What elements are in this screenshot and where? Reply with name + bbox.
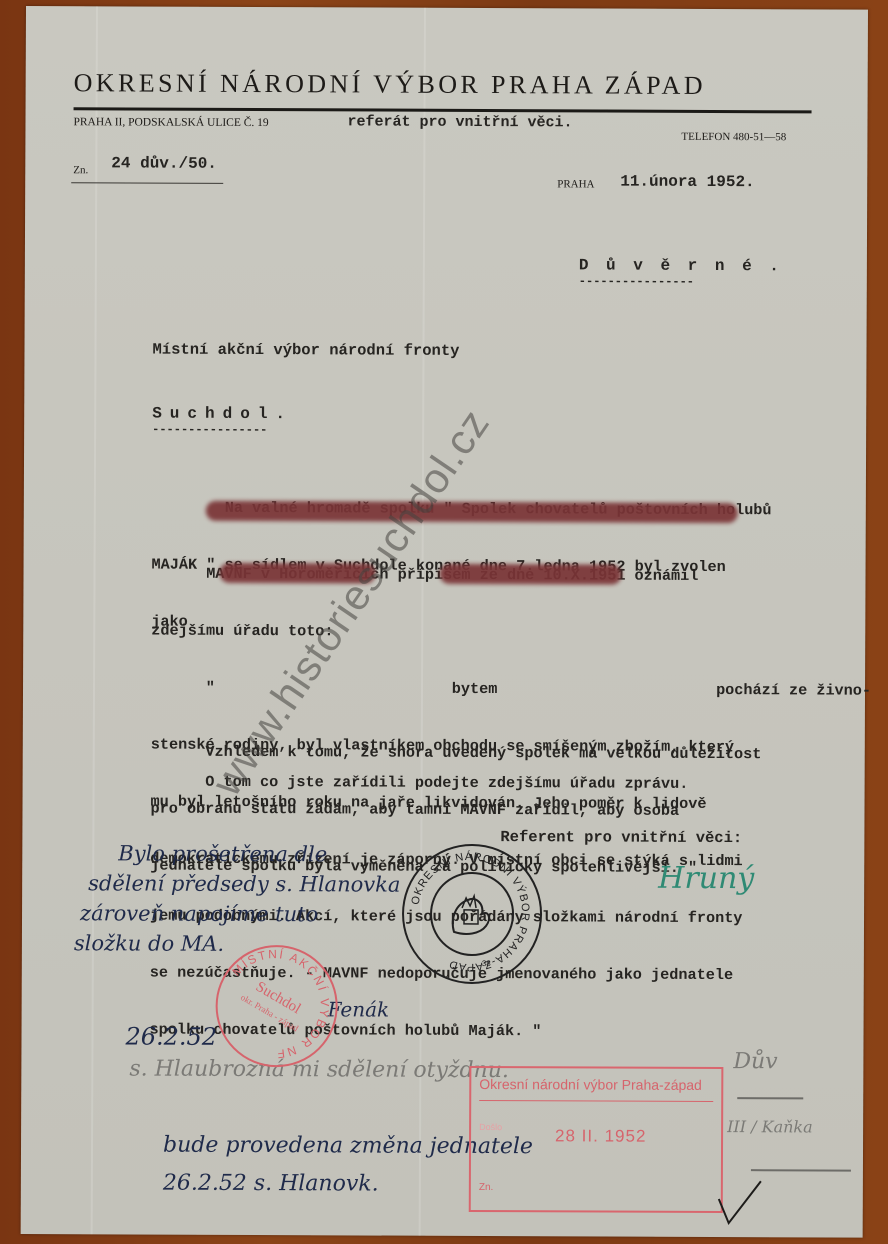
body-line: zdejšímu úřadu toto: xyxy=(151,622,871,644)
pencil-underline xyxy=(751,1169,851,1171)
document-page: OKRESNÍ NÁRODNÍ VÝBOR PRAHA ZÁPAD PRAHA … xyxy=(21,6,868,1238)
pencil-initials: Dův xyxy=(733,1049,777,1074)
redaction-bar xyxy=(439,564,621,585)
handwritten-date: 26.2.52 xyxy=(125,1022,217,1050)
stamp-rule xyxy=(479,1100,713,1102)
note-line: Bylo prošetřena dle xyxy=(74,838,400,869)
body-line: pro obranu státu žádám, aby tamní MAVNF … xyxy=(150,800,870,822)
reference-label: Zn. xyxy=(73,164,88,176)
local-seal: MÍSTNÍ AKČNÍ VÝBOR NF Suchdol okr. Praha… xyxy=(215,945,338,1068)
received-stamp: Okresní národní výbor Praha-západ Došlo … xyxy=(469,1066,724,1213)
paper-fold xyxy=(91,6,98,1234)
letterhead-phone: TELEFON 480-51—58 xyxy=(681,131,786,143)
stamp-date: 28 II. 1952 xyxy=(555,1126,646,1146)
pencil-underline xyxy=(737,1097,803,1099)
recipient-town: Suchdol. xyxy=(152,405,293,424)
classification-label: D ů v ě r n é . xyxy=(579,256,783,275)
recipient-underline: ---------------- xyxy=(152,423,267,438)
svg-text:38: 38 xyxy=(482,959,491,968)
reference-number: 24 dův./50. xyxy=(111,154,217,172)
coat-of-arms-icon xyxy=(430,872,514,956)
letterhead-rule xyxy=(74,107,812,113)
classification-underline: ---------------- xyxy=(579,274,694,289)
note-line: zároveň napojíme tuto xyxy=(74,898,400,929)
dateline-place: PRAHA xyxy=(557,178,594,190)
letterhead-department: referát pro vnitřní věci. xyxy=(347,113,572,131)
pencil-routing: III / Kaňka xyxy=(727,1117,813,1136)
note-line: sdělení předsedy s. Hlanovka xyxy=(74,868,400,899)
stamp-header: Okresní národní výbor Praha-západ xyxy=(479,1076,702,1093)
dateline-date: 11.února 1952. xyxy=(620,173,754,192)
checkmark-icon xyxy=(715,1179,765,1229)
stamp-ref-label: Zn. xyxy=(479,1182,494,1193)
signature: Hruný xyxy=(658,861,754,896)
reference-rule xyxy=(71,182,223,184)
handwritten-note-1: Bylo prošetřena dle sdělení předsedy s. … xyxy=(74,838,401,959)
district-seal: OKRESNÍ NÁRODNÍ VÝBOR PRAHA-ZÁPAD 38 xyxy=(402,844,543,985)
stamp-received-label: Došlo xyxy=(479,1122,502,1132)
redaction-bar xyxy=(206,501,738,523)
recipient-name: Místní akční výbor národní fronty xyxy=(152,341,459,360)
letterhead-address: PRAHA II, PODSKALSKÁ ULICE Č. 19 xyxy=(73,116,268,129)
letterhead-title: OKRESNÍ NÁRODNÍ VÝBOR PRAHA ZÁPAD xyxy=(74,68,706,101)
